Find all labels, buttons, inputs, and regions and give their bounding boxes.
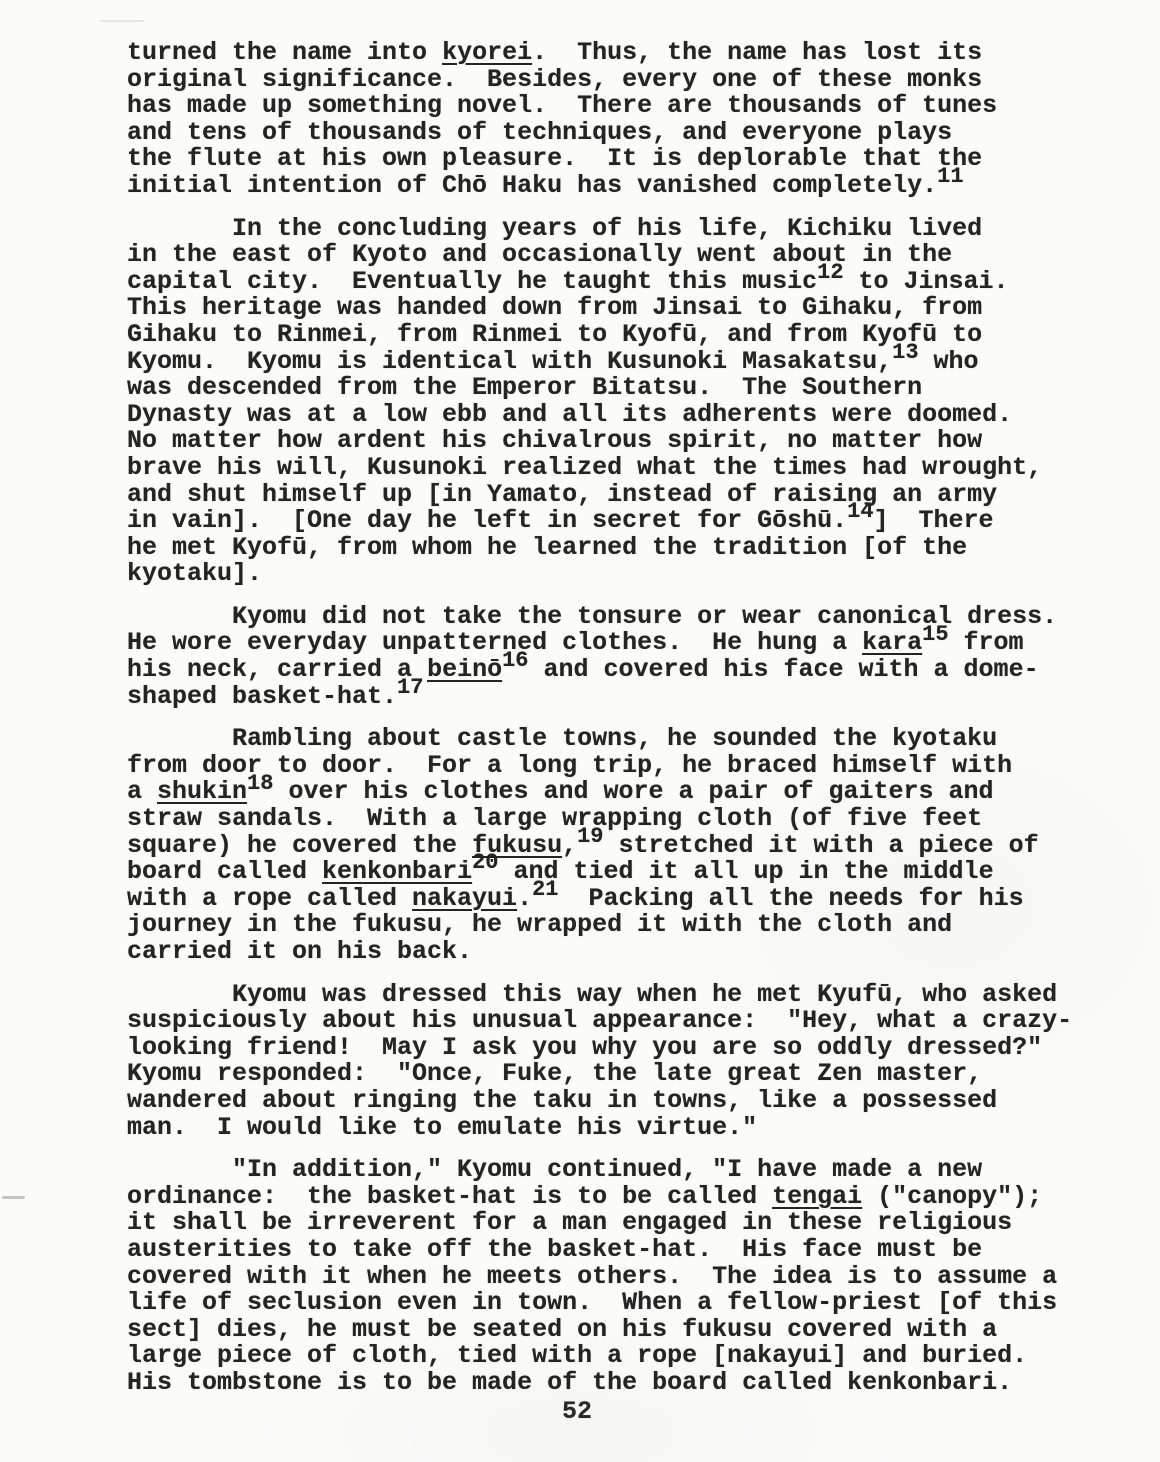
text-line: shaped basket-hat.17 xyxy=(127,684,1067,711)
text-line: sect] dies, he must be seated on his fuk… xyxy=(127,1317,1067,1344)
text-line: board called kenkonbari20 and tied it al… xyxy=(127,859,1067,886)
text-line: in vain]. [One day he left in secret for… xyxy=(127,508,1067,535)
text-line: Kyomu responded: "Once, Fuke, the late g… xyxy=(127,1061,1067,1088)
text-line: This heritage was handed down from Jinsa… xyxy=(127,295,1067,322)
page-number: 52 xyxy=(127,1397,1027,1426)
text-line: capital city. Eventually he taught this … xyxy=(127,269,1067,296)
text-line: brave his will, Kusunoki realized what t… xyxy=(127,455,1067,482)
scanned-page: turned the name into kyorei. Thus, the n… xyxy=(0,0,1160,1462)
text-line: "In addition," Kyomu continued, "I have … xyxy=(127,1157,1067,1184)
text-line: he met Kyofū, from whom he learned the t… xyxy=(127,535,1067,562)
text-line: Dynasty was at a low ebb and all its adh… xyxy=(127,402,1067,429)
paragraph: Kyomu did not take the tonsure or wear c… xyxy=(127,604,1067,710)
text-line: and shut himself up [in Yamato, instead … xyxy=(127,482,1067,509)
text-line: covered with it when he meets others. Th… xyxy=(127,1264,1067,1291)
text-line: No matter how ardent his chivalrous spir… xyxy=(127,428,1067,455)
text-line: square) he covered the fukusu,19 stretch… xyxy=(127,833,1067,860)
scan-artifact-dash xyxy=(2,1196,25,1199)
text-line: Kyomu was dressed this way when he met K… xyxy=(127,982,1067,1009)
text-line: initial intention of Chō Haku has vanish… xyxy=(127,173,1067,200)
scan-artifact-smudge xyxy=(100,20,144,22)
text-line: man. I would like to emulate his virtue.… xyxy=(127,1115,1067,1142)
paragraph: "In addition," Kyomu continued, "I have … xyxy=(127,1157,1067,1396)
text-line: a shukin18 over his clothes and wore a p… xyxy=(127,779,1067,806)
text-line: the flute at his own pleasure. It is dep… xyxy=(127,146,1067,173)
text-line: with a rope called nakayui.21 Packing al… xyxy=(127,886,1067,913)
text-line: carried it on his back. xyxy=(127,939,1067,966)
text-line: Kyomu. Kyomu is identical with Kusunoki … xyxy=(127,349,1067,376)
text-line: was descended from the Emperor Bitatsu. … xyxy=(127,375,1067,402)
text-line: large piece of cloth, tied with a rope [… xyxy=(127,1343,1067,1370)
text-line: his neck, carried a beinō16 and covered … xyxy=(127,657,1067,684)
text-line: austerities to take off the basket-hat. … xyxy=(127,1237,1067,1264)
text-line: Gihaku to Rinmei, from Rinmei to Kyofū, … xyxy=(127,322,1067,349)
text-line: His tombstone is to be made of the board… xyxy=(127,1370,1067,1397)
text-line: turned the name into kyorei. Thus, the n… xyxy=(127,40,1067,67)
paragraph: turned the name into kyorei. Thus, the n… xyxy=(127,40,1067,200)
text-line: in the east of Kyoto and occasionally we… xyxy=(127,242,1067,269)
text-line: He wore everyday unpatterned clothes. He… xyxy=(127,630,1067,657)
text-line: wandered about ringing the taku in towns… xyxy=(127,1088,1067,1115)
text-line: and tens of thousands of techniques, and… xyxy=(127,120,1067,147)
text-line: suspiciously about his unusual appearanc… xyxy=(127,1008,1067,1035)
paragraph: Kyomu was dressed this way when he met K… xyxy=(127,982,1067,1142)
text-line: looking friend! May I ask you why you ar… xyxy=(127,1035,1067,1062)
text-line: original significance. Besides, every on… xyxy=(127,67,1067,94)
text-block: turned the name into kyorei. Thus, the n… xyxy=(127,40,1067,1397)
text-line: kyotaku]. xyxy=(127,561,1067,588)
text-line: ordinance: the basket-hat is to be calle… xyxy=(127,1184,1067,1211)
text-line: has made up something novel. There are t… xyxy=(127,93,1067,120)
paragraph: Rambling about castle towns, he sounded … xyxy=(127,726,1067,965)
text-line: In the concluding years of his life, Kic… xyxy=(127,216,1067,243)
text-line: Rambling about castle towns, he sounded … xyxy=(127,726,1067,753)
paragraph: In the concluding years of his life, Kic… xyxy=(127,216,1067,588)
text-line: it shall be irreverent for a man engaged… xyxy=(127,1210,1067,1237)
text-line: life of seclusion even in town. When a f… xyxy=(127,1290,1067,1317)
text-line: journey in the fukusu, he wrapped it wit… xyxy=(127,912,1067,939)
